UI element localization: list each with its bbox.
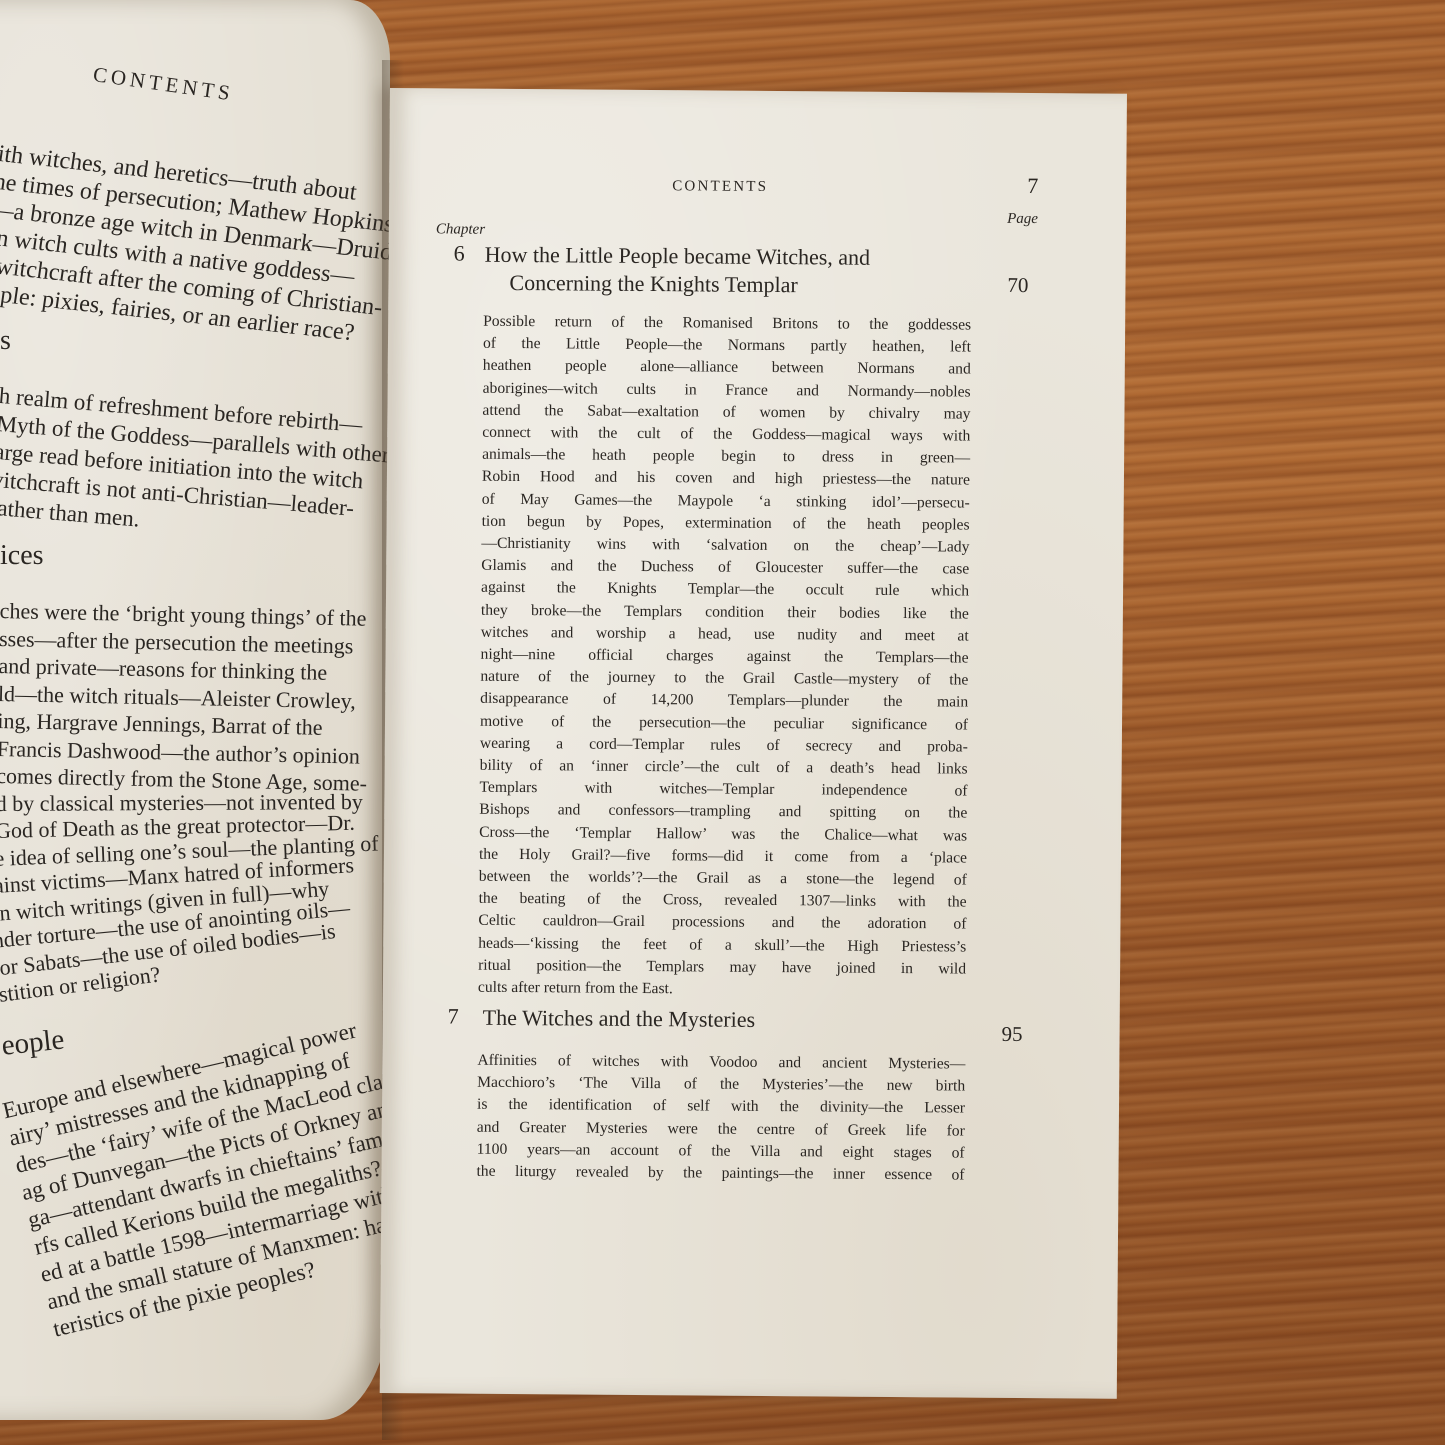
chapter-summary: Possible return of the Romanised Britons… (478, 311, 971, 1003)
chapter-title-line: The Witches and the Mysteries (479, 1004, 999, 1036)
chapter-number: 6 (454, 241, 465, 267)
toc-entry-chapter-7: 7 The Witches and the Mysteries 95 Affin… (430, 1003, 1030, 1008)
chapter-page-number: 95 (1001, 1022, 1022, 1047)
summary-line: is the identification of self with the d… (477, 1094, 965, 1120)
summary-line: cults after return from the East. (478, 977, 966, 1003)
chapter-title: How the Little People became Witches, an… (484, 241, 1004, 301)
summary-line: the liturgy revealed by the paintings—th… (476, 1161, 964, 1187)
chapter-column-label: Chapter (436, 221, 485, 238)
chapter-title-line: How the Little People became Witches, an… (485, 241, 1005, 273)
chapter-number: 7 (448, 1003, 459, 1029)
chapter-title: The Witches and the Mysteries (479, 1004, 999, 1036)
page-number: 7 (1027, 173, 1038, 199)
summary-line: heathen people alone—alliance between No… (483, 355, 971, 381)
chapter-page-number: 70 (1007, 273, 1028, 298)
summary-line: Robin Hood and his coven and high priest… (482, 466, 970, 492)
running-head: CONTENTS (672, 178, 768, 196)
chapter-summary: Affinities of witches with Voodoo and an… (476, 1050, 965, 1187)
page-column-label: Page (1007, 211, 1038, 228)
toc-entry-chapter-6: 6 How the Little People became Witches, … (436, 240, 1036, 245)
left-chapter-heading-fragment: ices (0, 540, 44, 572)
left-contents-fragment-3: ches were the ‘bright young things’ of t… (0, 597, 384, 1017)
chapter-title-line: Concerning the Knights Templar (484, 269, 1004, 301)
right-page: CONTENTS 7 Chapter Page 6 How the Little… (380, 88, 1127, 1399)
left-chapter-heading-fragment: eople (0, 1023, 66, 1062)
left-chapter-heading-fragment: s (0, 325, 11, 357)
